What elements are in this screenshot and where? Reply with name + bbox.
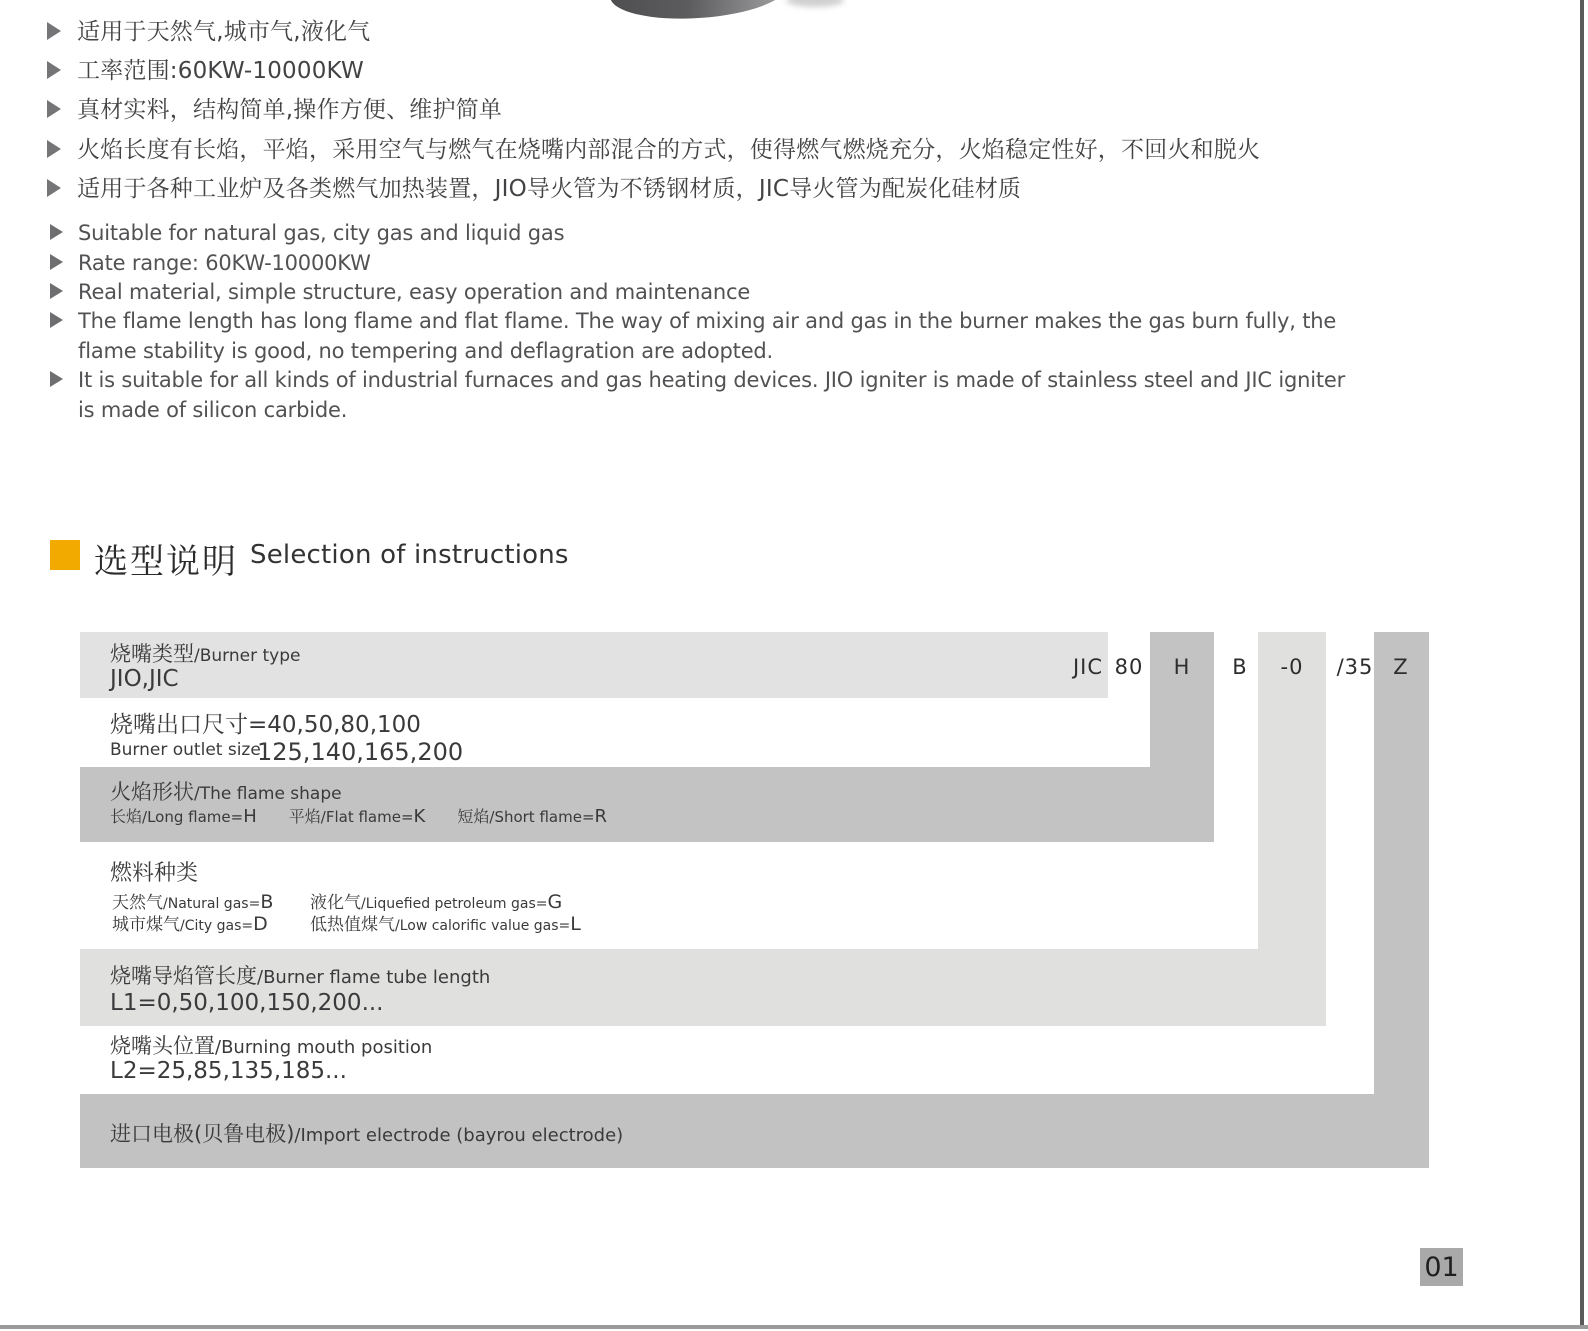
section-title-en: Selection of instructions — [250, 540, 569, 570]
sizes-line1: =40,50,80,100 — [248, 712, 421, 738]
import-electrode-title: 进口电极(贝鲁电极)/Import electrode (bayrou elec… — [110, 1118, 623, 1148]
outlet-size-en: Burner outlet size — [110, 740, 261, 760]
feature-text-cn: 真材实料，结构简单,操作方便、维护简单 — [77, 97, 502, 123]
fuel-type-title: 燃料种类 — [110, 856, 198, 887]
feature-text-en: Rate range: 60KW-10000KW — [78, 249, 1358, 279]
title-cn: 火焰形状 — [110, 780, 194, 804]
flame-shape-title: 火焰形状/The flame shape — [110, 776, 342, 806]
title-en: Burner type — [200, 646, 301, 666]
bullet-triangle-icon — [50, 254, 63, 270]
feature-text-en: The flame length has long flame and flat… — [78, 307, 1358, 366]
bullet-triangle-icon — [47, 140, 61, 158]
code-token-size: 80 — [1115, 654, 1144, 680]
burner-photo-bottom-edge — [608, 0, 789, 24]
bullet-triangle-icon — [47, 100, 61, 118]
code-token-fuel: B — [1232, 654, 1247, 680]
feature-text-cn: 工率范围:60KW-10000KW — [77, 58, 364, 84]
fuel-option-city-gas: 城市煤气/City gas=D — [112, 910, 268, 935]
mouth-position-title: 烧嘴头位置/Burning mouth position — [110, 1030, 432, 1060]
code-column-electrode — [1374, 632, 1429, 1168]
page-number-badge: 01 — [1420, 1248, 1463, 1286]
feature-text-cn: 火焰长度有长焰，平焰，采用空气与燃气在烧嘴内部混合的方式，使得燃气燃烧充分，火焰… — [77, 137, 1260, 163]
tube-length-title: 烧嘴导焰管长度/Burner flame tube length — [110, 960, 490, 990]
title-en: Burner flame tube length — [263, 967, 490, 988]
feature-bullet-en-1: Suitable for natural gas, city gas and l… — [50, 219, 1358, 249]
bullet-triangle-icon — [47, 22, 61, 40]
code-token-tube: -0 — [1281, 654, 1304, 680]
bullet-triangle-icon — [47, 179, 61, 197]
photo-shadow — [786, 0, 844, 7]
title-cn: 烧嘴头位置 — [110, 1034, 215, 1058]
feature-bullet-en-3: Real material, simple structure, easy op… — [50, 278, 1358, 308]
page-number: 01 — [1424, 1252, 1458, 1283]
outlet-size-title: 烧嘴出口尺寸=40,50,80,100 — [110, 706, 421, 739]
title-en: Burning mouth position — [221, 1037, 432, 1058]
feature-text-en: Suitable for natural gas, city gas and l… — [78, 219, 1358, 249]
code-token-flame: H — [1174, 654, 1191, 680]
feature-text-cn: 适用于各种工业炉及各类燃气加热装置，JIO导火管为不锈钢材质，JIC导火管为配炭… — [77, 176, 1021, 202]
feature-bullet-cn-5: 适用于各种工业炉及各类燃气加热装置，JIO导火管为不锈钢材质，JIC导火管为配炭… — [47, 176, 1021, 202]
feature-text-en: It is suitable for all kinds of industri… — [78, 366, 1358, 425]
feature-bullet-cn-3: 真材实料，结构简单,操作方便、维护简单 — [47, 97, 502, 123]
flame-option-long: 长焰/Long flame=H — [110, 804, 257, 827]
mouth-position-values: L2=25,85,135,185... — [110, 1058, 347, 1084]
burner-type-title: 烧嘴类型/Burner type — [110, 638, 300, 668]
title-en: The flame shape — [200, 784, 342, 804]
code-token-electrode: Z — [1393, 654, 1408, 680]
section-title-cn: 选型说明 — [94, 534, 238, 583]
code-token-type: JIC — [1073, 654, 1103, 680]
title-cn: 烧嘴类型 — [110, 642, 194, 666]
title-cn: 烧嘴出口尺寸 — [110, 712, 248, 738]
feature-bullet-cn-1: 适用于天然气,城市气,液化气 — [47, 19, 370, 45]
bullet-triangle-icon — [50, 283, 63, 299]
fuel-option-low-calorific: 低热值煤气/Low calorific value gas=L — [310, 910, 581, 935]
feature-bullet-cn-4: 火焰长度有长焰，平焰，采用空气与燃气在烧嘴内部混合的方式，使得燃气燃烧充分，火焰… — [47, 137, 1260, 163]
title-en: Import electrode (bayrou electrode) — [300, 1125, 623, 1146]
feature-bullet-en-5: It is suitable for all kinds of industri… — [50, 366, 1358, 425]
title-cn: 进口电极(贝鲁电极) — [110, 1122, 294, 1146]
catalog-page: 适用于天然气,城市气,液化气 工率范围:60KW-10000KW 真材实料，结构… — [0, 0, 1588, 1331]
flame-shape-options: 长焰/Long flame=H 平焰/Flat flame=K 短焰/Short… — [110, 804, 607, 827]
page-edge-right — [1580, 0, 1584, 1328]
flame-option-short: 短焰/Short flame=R — [457, 804, 607, 827]
feature-bullet-cn-2: 工率范围:60KW-10000KW — [47, 58, 364, 84]
section-accent-square — [50, 540, 80, 570]
outlet-size-line2: 125,140,165,200 — [257, 738, 463, 766]
bullet-triangle-icon — [50, 224, 63, 240]
feature-text-en: Real material, simple structure, easy op… — [78, 278, 1358, 308]
product-photo-fragment — [598, 0, 848, 26]
flame-option-flat: 平焰/Flat flame=K — [289, 804, 426, 827]
feature-text-cn: 适用于天然气,城市气,液化气 — [77, 19, 370, 45]
title-cn: 烧嘴导焰管长度 — [110, 964, 257, 988]
bullet-triangle-icon — [50, 371, 63, 387]
bullet-triangle-icon — [50, 312, 63, 328]
code-token-position: /35 — [1337, 654, 1374, 680]
bullet-triangle-icon — [47, 61, 61, 79]
feature-bullet-en-2: Rate range: 60KW-10000KW — [50, 249, 1358, 279]
tube-length-values: L1=0,50,100,150,200... — [110, 990, 384, 1016]
feature-bullet-en-4: The flame length has long flame and flat… — [50, 307, 1358, 366]
page-edge-bottom — [0, 1325, 1588, 1329]
burner-type-models: JIO,JIC — [110, 666, 179, 692]
